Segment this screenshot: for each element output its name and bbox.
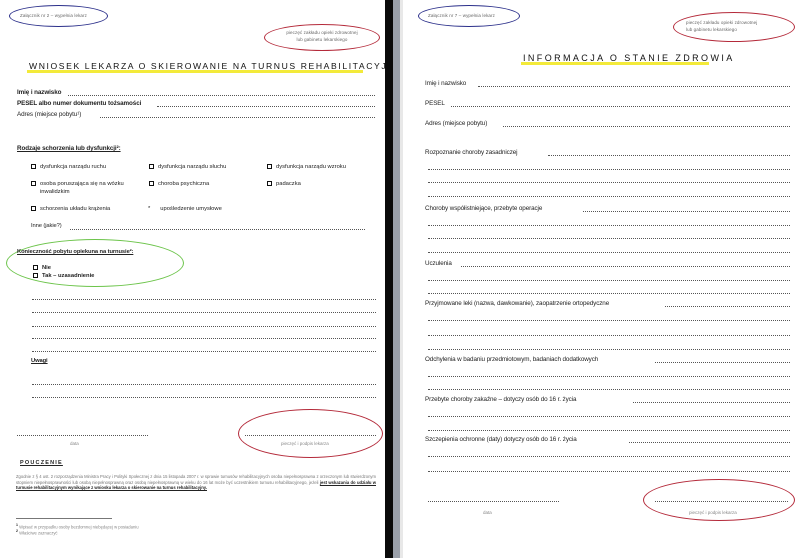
checkbox-icon[interactable]	[31, 164, 36, 169]
section-line[interactable]	[428, 196, 790, 197]
field-input-address[interactable]	[503, 126, 790, 127]
page-title: INFORMACJA O STANIE ZDROWIA	[523, 53, 735, 63]
option-hearing[interactable]: dysfunkcja narządu słuchu	[149, 164, 226, 170]
justification-line[interactable]	[32, 299, 376, 300]
signature-input[interactable]	[245, 435, 376, 436]
section-line[interactable]	[428, 169, 790, 170]
section-input[interactable]	[629, 442, 790, 443]
section-vaccinations: Szczepienia ochronne (daty) dotyczy osób…	[425, 436, 577, 443]
option-mental-illness[interactable]: choroba psychiczna	[149, 181, 209, 187]
page-divider	[385, 0, 393, 558]
remarks-line[interactable]	[32, 397, 376, 398]
section-line[interactable]	[428, 389, 790, 390]
guardian-option-no[interactable]: Nie	[33, 265, 51, 271]
section-comorbidities: Choroby współistniejące, przebyte operac…	[425, 205, 542, 212]
remarks-heading: Uwagi	[31, 358, 48, 364]
section-line[interactable]	[428, 430, 790, 431]
section-line[interactable]	[428, 320, 790, 321]
footnote-2: 2 Właściwe zaznaczyć	[16, 529, 58, 535]
section-medications: Przyjmowane leki (nazwa, dawkowanie), za…	[425, 300, 609, 307]
justification-line[interactable]	[32, 326, 376, 327]
field-label-pesel: PESEL albo numer dokumentu tożsamości	[17, 100, 141, 107]
section-input[interactable]	[583, 211, 790, 212]
justification-line[interactable]	[32, 338, 376, 339]
section-input[interactable]	[655, 362, 790, 363]
section-diagnosis: Rozpoznanie choroby zasadniczej	[425, 149, 517, 156]
footnote-separator	[16, 518, 112, 519]
checkbox-icon[interactable]	[31, 206, 36, 211]
justification-line[interactable]	[32, 312, 376, 313]
section-line[interactable]	[428, 471, 790, 472]
remarks-line[interactable]	[32, 384, 376, 385]
guardian-heading: Konieczność pobytu opiekuna na turnusie²…	[17, 249, 133, 255]
other-label: Inne (jakie?)	[31, 223, 62, 229]
checkbox-icon[interactable]	[267, 164, 272, 169]
signature-input[interactable]	[655, 501, 788, 502]
option-motor[interactable]: dysfunkcja narządu ruchu	[31, 164, 106, 170]
guardian-annotation-ellipse	[6, 239, 184, 287]
field-label-name: Imię i nazwisko	[425, 80, 466, 87]
field-input-name[interactable]	[68, 95, 375, 96]
checkbox-icon[interactable]	[267, 181, 272, 186]
section-line[interactable]	[428, 293, 790, 294]
attachment-label: Załącznik nr 2 – wypełnia lekarz	[20, 13, 87, 18]
field-label-address: Adres (miejsce pobytu¹)	[17, 111, 81, 118]
checkbox-icon[interactable]	[33, 265, 38, 270]
checkbox-icon[interactable]	[149, 181, 154, 186]
field-input-pesel[interactable]	[157, 106, 375, 107]
option-intellectual[interactable]: *upośledzenie umysłowe	[148, 206, 222, 212]
field-input-name[interactable]	[478, 86, 790, 87]
section-line[interactable]	[428, 252, 790, 253]
section-line[interactable]	[428, 349, 790, 350]
field-label-name: Imię i nazwisko	[17, 89, 61, 96]
notes-paragraph: Zgodnie z § 4 ust. 2 rozporządzenia Mini…	[16, 474, 376, 491]
section-infectious-diseases: Przebyte choroby zakaźne – dotyczy osób …	[425, 396, 576, 403]
section-input[interactable]	[633, 402, 790, 403]
section-line[interactable]	[428, 335, 790, 336]
section-input[interactable]	[548, 155, 790, 156]
field-input-pesel[interactable]	[451, 106, 790, 107]
disability-heading: Rodzaje schorzenia lub dysfunkcji²:	[17, 145, 121, 152]
asterisk-icon: *	[148, 206, 150, 212]
option-vision[interactable]: dysfunkcja narządu wzroku	[267, 164, 346, 170]
date-input[interactable]	[428, 501, 559, 502]
page-title: WNIOSEK LEKARZA O SKIEROWANIE NA TURNUS …	[29, 61, 385, 71]
option-epilepsy[interactable]: padaczka	[267, 181, 301, 187]
right-document-page: Załącznik nr 7 – wypełnia lekarz pieczęć…	[403, 0, 798, 558]
section-line[interactable]	[428, 376, 790, 377]
option-circulatory[interactable]: schorzenia układu krążenia	[31, 206, 110, 212]
justification-line[interactable]	[32, 351, 376, 352]
section-line[interactable]	[428, 225, 790, 226]
section-line[interactable]	[428, 182, 790, 183]
signature-annotation-ellipse	[238, 409, 383, 458]
section-input[interactable]	[665, 306, 790, 307]
section-allergies: Uczulenia	[425, 260, 452, 267]
field-input-address[interactable]	[100, 117, 375, 118]
stamp-label-line-2: lub gabinetu lekarskiego	[686, 27, 737, 32]
section-exam-deviations: Odchylenia w badaniu przedmiotowym, bada…	[425, 356, 598, 363]
signature-caption: pieczęć i podpis lekarza	[689, 510, 737, 515]
field-label-address: Adres (miejsce pobytu)	[425, 120, 487, 127]
section-line[interactable]	[428, 238, 790, 239]
field-label-pesel: PESEL	[425, 100, 445, 107]
notes-heading: POUCZENIE	[20, 460, 63, 466]
stamp-label-line-2: lub gabinetu lekarskiego	[277, 37, 367, 42]
section-line[interactable]	[428, 280, 790, 281]
signature-caption: pieczęć i podpis lekarza	[281, 441, 329, 446]
attachment-label: Załącznik nr 7 – wypełnia lekarz	[428, 13, 495, 18]
section-line[interactable]	[428, 416, 790, 417]
checkbox-icon[interactable]	[33, 273, 38, 278]
checkbox-icon[interactable]	[149, 164, 154, 169]
date-input[interactable]	[17, 435, 148, 436]
stamp-label-line-1: pieczęć zakładu opieki zdrowotnej	[277, 30, 367, 35]
guardian-option-yes[interactable]: Tak – uzasadnienie	[33, 273, 94, 279]
page-divider-scrollbar[interactable]	[393, 0, 400, 558]
stamp-label-line-1: pieczęć zakładu opieki zdrowotnej	[686, 20, 757, 25]
left-document-page: Załącznik nr 2 – wypełnia lekarz pieczęć…	[0, 0, 385, 558]
date-caption: data	[70, 441, 79, 446]
checkbox-icon[interactable]	[31, 181, 36, 186]
section-input[interactable]	[461, 266, 790, 267]
other-input[interactable]	[70, 229, 365, 230]
option-wheelchair[interactable]: osoba poruszająca się na wózku inwalidzk…	[31, 181, 141, 196]
date-caption: data	[483, 510, 492, 515]
section-line[interactable]	[428, 456, 790, 457]
